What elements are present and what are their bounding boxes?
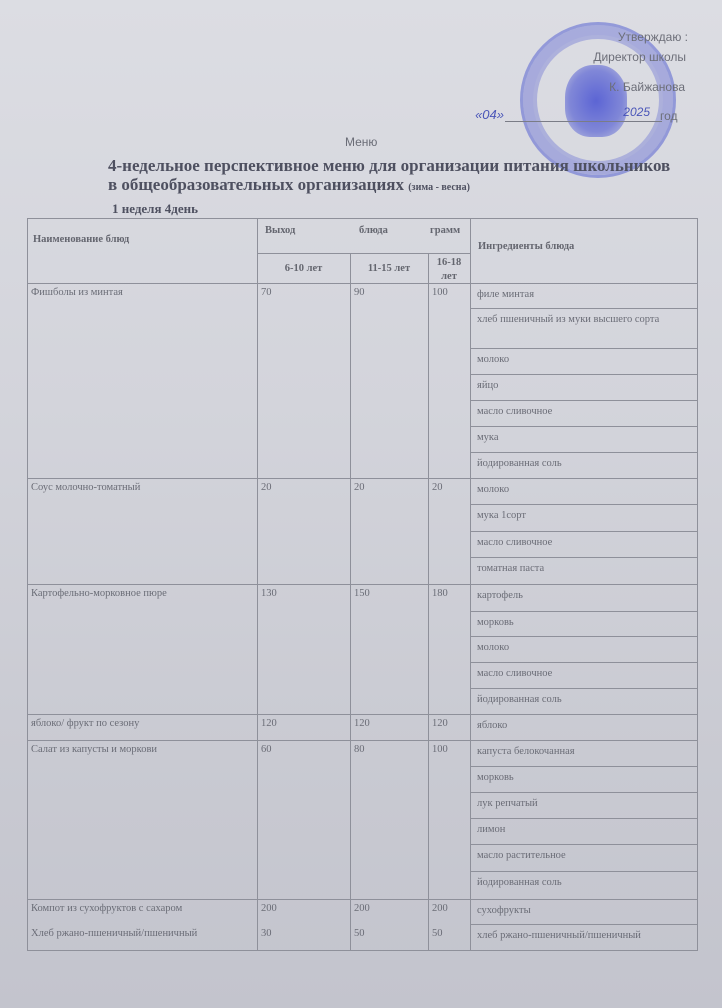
ingredient-item: мука 1сорт [477, 509, 690, 523]
yield-6-10: 20 [261, 481, 321, 495]
table-rule [27, 899, 697, 900]
yield-11-15: 50 [354, 927, 414, 941]
ingredient-rule [470, 688, 697, 689]
yield-6-10: 30 [261, 927, 321, 941]
approval-line-2: Директор школы [560, 50, 686, 64]
ingredient-item: йодированная соль [477, 693, 690, 707]
ingredient-item: томатная паста [477, 562, 690, 576]
table-rule [27, 950, 697, 951]
yield-16-18: 120 [432, 717, 472, 731]
column-rule [257, 218, 258, 951]
ingredient-item: масло сливочное [477, 405, 690, 419]
ingredient-item: картофель [477, 589, 690, 603]
header-dish-name: Наименование блюд [33, 233, 233, 247]
header-yield: Выход [265, 224, 325, 238]
yield-16-18: 100 [432, 743, 472, 757]
ingredient-rule [470, 426, 697, 427]
column-rule [428, 253, 429, 951]
approval-line-1: Утверждаю : [560, 30, 688, 44]
document-title: 4-недельное перспективное меню для орган… [108, 156, 708, 197]
yield-16-18: 200 [432, 902, 472, 916]
dish-name: яблоко/ фрукт по сезону [31, 717, 253, 731]
column-rule [27, 218, 28, 951]
ingredient-item: мука [477, 431, 690, 445]
dish-name: Соус молочно-томатный [31, 481, 253, 495]
column-rule [470, 218, 471, 951]
yield-16-18: 50 [432, 927, 472, 941]
table-rule [27, 584, 697, 585]
approval-date-year: 2025 [610, 105, 650, 119]
table-rule [27, 740, 697, 741]
ingredient-rule [470, 792, 697, 793]
title-line-1: 4-недельное перспективное меню для орган… [108, 156, 708, 175]
column-rule [350, 253, 351, 951]
header-ingredients: Ингредиенты блюда [478, 240, 678, 254]
table-rule [27, 218, 697, 219]
ingredient-item: хлеб пшеничный из муки высшего сорта [477, 313, 690, 327]
ingredient-item: лимон [477, 823, 690, 837]
date-underline [505, 121, 662, 122]
ingredient-item: яблоко [477, 719, 690, 733]
ingredient-item: молоко [477, 353, 690, 367]
ingredient-rule [470, 531, 697, 532]
official-stamp [520, 22, 676, 178]
ingredient-item: молоко [477, 641, 690, 655]
ingredient-rule [470, 662, 697, 663]
ingredient-item: молоко [477, 483, 690, 497]
yield-11-15: 120 [354, 717, 414, 731]
yield-11-15: 80 [354, 743, 414, 757]
dish-name: Салат из капусты и моркови [31, 743, 253, 757]
header-age-6-10: 6-10 лет [257, 262, 350, 276]
ingredient-rule [470, 818, 697, 819]
yield-6-10: 130 [261, 587, 321, 601]
approval-signatory: К. Байжанова [560, 80, 685, 94]
yield-11-15: 20 [354, 481, 414, 495]
menu-label: Меню [345, 135, 377, 149]
column-rule [697, 218, 698, 951]
season-label: (зима - весна) [408, 182, 470, 193]
ingredient-rule [470, 557, 697, 558]
table-rule [257, 253, 470, 254]
table-rule [27, 283, 697, 284]
ingredient-item: масло сливочное [477, 667, 690, 681]
yield-6-10: 200 [261, 902, 321, 916]
stamp-emblem-icon [565, 65, 627, 137]
header-age-16-18: 16-18 лет [432, 256, 466, 284]
title-line-2: в общеобразовательных организациях (зима… [108, 175, 708, 197]
ingredient-rule [470, 308, 697, 309]
ingredient-item: морковь [477, 771, 690, 785]
yield-11-15: 150 [354, 587, 414, 601]
ingredient-item: морковь [477, 616, 690, 630]
table-rule [470, 924, 697, 925]
header-yield: блюда [359, 224, 419, 238]
header-yield: грамм [430, 224, 480, 238]
ingredient-rule [470, 348, 697, 349]
yield-11-15: 200 [354, 902, 414, 916]
yield-16-18: 180 [432, 587, 472, 601]
approval-date-day: «04» [468, 107, 504, 122]
table-rule [27, 714, 697, 715]
ingredient-item: яйцо [477, 379, 690, 393]
dish-name: Картофельно-морковное пюре [31, 587, 253, 601]
ingredient-rule [470, 636, 697, 637]
ingredient-item: йодированная соль [477, 457, 690, 471]
yield-11-15: 90 [354, 286, 414, 300]
ingredient-item: сухофрукты [477, 904, 690, 918]
ingredient-rule [470, 504, 697, 505]
dish-name: Хлеб ржано-пшеничный/пшеничный [31, 927, 253, 941]
ingredient-item: масло растительное [477, 849, 690, 863]
ingredient-item: лук репчатый [477, 797, 690, 811]
ingredient-item: йодированная соль [477, 876, 690, 890]
ingredient-rule [470, 452, 697, 453]
ingredient-rule [470, 766, 697, 767]
approval-year-word: год [660, 109, 687, 123]
ingredient-item: хлеб ржано-пшеничный/пшеничный [477, 929, 690, 943]
yield-6-10: 70 [261, 286, 321, 300]
ingredient-rule [470, 844, 697, 845]
yield-16-18: 100 [432, 286, 472, 300]
ingredient-rule [470, 611, 697, 612]
ingredient-rule [470, 871, 697, 872]
dish-name: Компот из сухофруктов с сахаром [31, 902, 253, 916]
ingredient-rule [470, 374, 697, 375]
ingredient-item: капуста белокочанная [477, 745, 690, 759]
ingredient-item: масло сливочное [477, 536, 690, 550]
week-day-label: 1 неделя 4день [112, 201, 198, 217]
ingredient-item: филе минтая [477, 288, 690, 302]
yield-6-10: 60 [261, 743, 321, 757]
table-rule [27, 478, 697, 479]
yield-6-10: 120 [261, 717, 321, 731]
header-age-11-15: 11-15 лет [350, 262, 428, 276]
yield-16-18: 20 [432, 481, 472, 495]
ingredient-rule [470, 400, 697, 401]
dish-name: Фишболы из минтая [31, 286, 253, 300]
